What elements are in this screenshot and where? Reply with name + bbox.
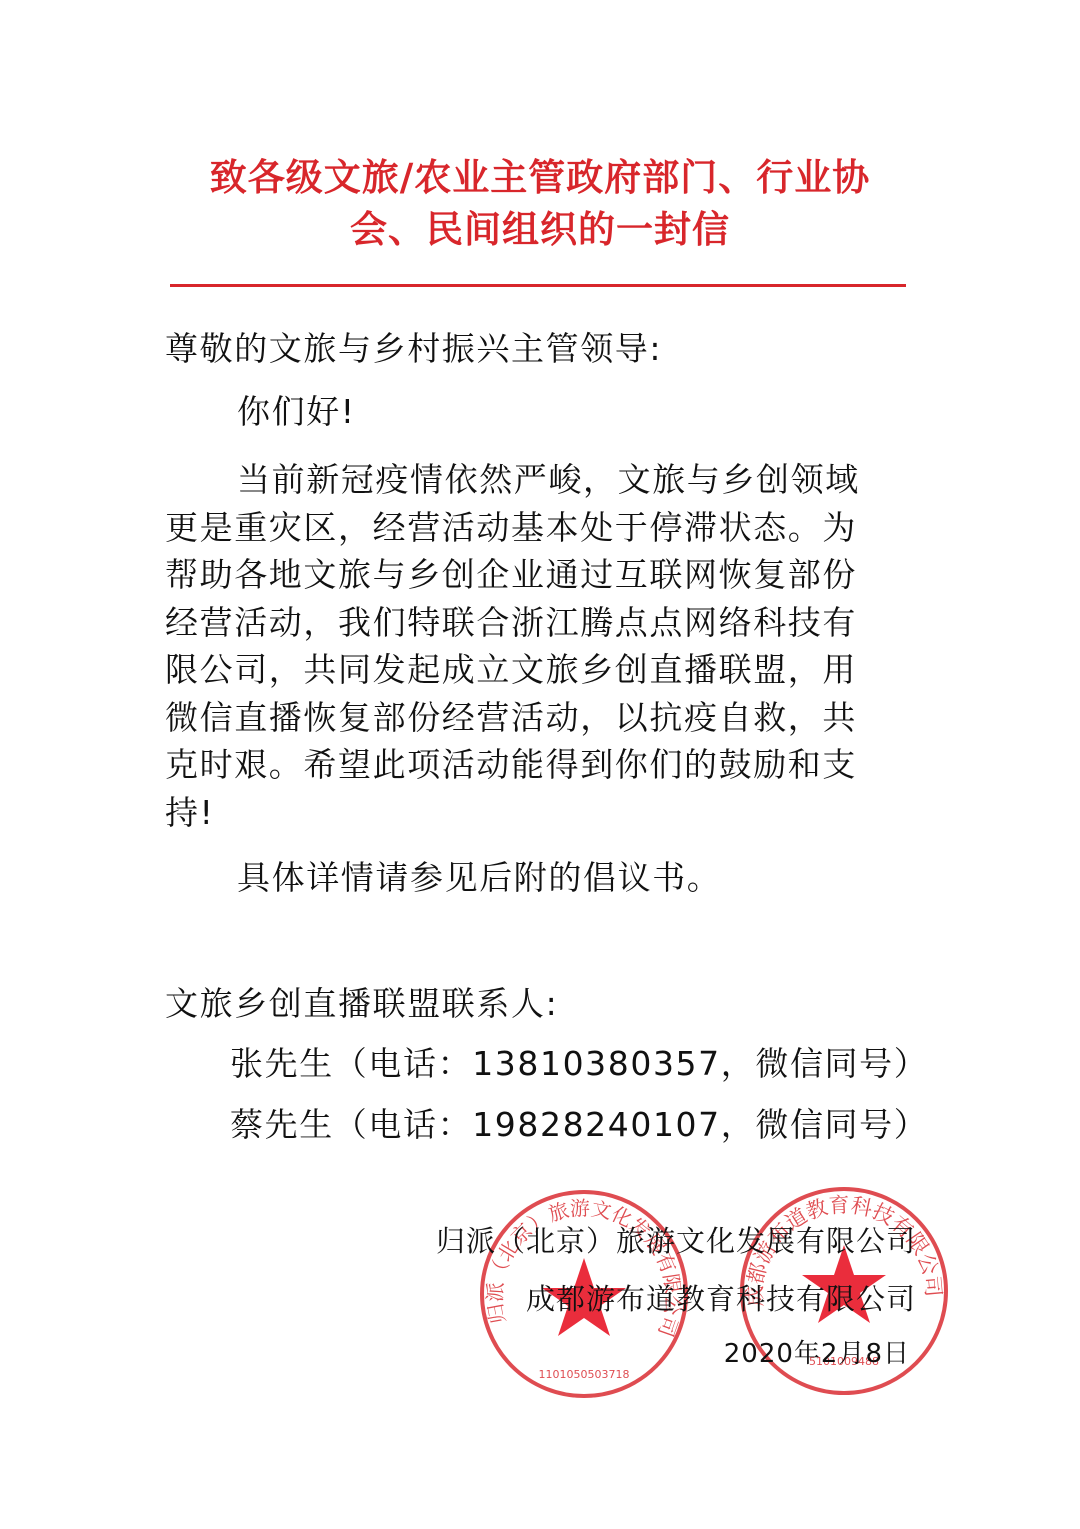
body-paragraph: 当前新冠疫情依然严峻，文旅与乡创领域 更是重灾区，经营活动基本处于停滞状态。为 … xyxy=(165,456,895,836)
greeting: 你们好! xyxy=(237,388,356,436)
body-line: 经营活动，我们特联合浙江腾点点网络科技有 xyxy=(165,599,895,647)
salutation: 尊敬的文旅与乡村振兴主管领导: xyxy=(165,325,662,373)
signature-company-1: 归派（北京）旅游文化发展有限公司 xyxy=(436,1222,916,1260)
letter-title: 致各级文旅/农业主管政府部门、行业协 会、民间组织的一封信 xyxy=(170,152,910,256)
signature-company-2: 成都游布道教育科技有限公司 xyxy=(526,1280,916,1318)
body-line: 帮助各地文旅与乡创企业通过互联网恢复部份 xyxy=(165,551,895,599)
body-line: 克时艰。希望此项活动能得到你们的鼓励和支 xyxy=(165,741,895,789)
detail-note: 具体详情请参见后附的倡议书。 xyxy=(237,854,721,902)
letter-date: 2020年2月8日 xyxy=(724,1335,910,1373)
body-line: 微信直播恢复部份经营活动，以抗疫自救，共 xyxy=(165,694,895,742)
body-line: 当前新冠疫情依然严峻，文旅与乡创领域 xyxy=(165,456,895,504)
title-divider xyxy=(170,284,906,287)
svg-text:1101050503718: 1101050503718 xyxy=(539,1368,630,1381)
title-line-1: 致各级文旅/农业主管政府部门、行业协 xyxy=(170,152,910,204)
contacts-heading: 文旅乡创直播联盟联系人: xyxy=(165,980,558,1028)
body-line: 限公司，共同发起成立文旅乡创直播联盟，用 xyxy=(165,646,895,694)
title-line-2: 会、民间组织的一封信 xyxy=(170,204,910,256)
contact-entry: 张先生（电话：13810380357，微信同号） xyxy=(230,1040,928,1088)
body-line: 持! xyxy=(165,789,895,837)
contact-entry: 蔡先生（电话：19828240107，微信同号） xyxy=(230,1101,928,1149)
body-line: 更是重灾区，经营活动基本处于停滞状态。为 xyxy=(165,504,895,552)
